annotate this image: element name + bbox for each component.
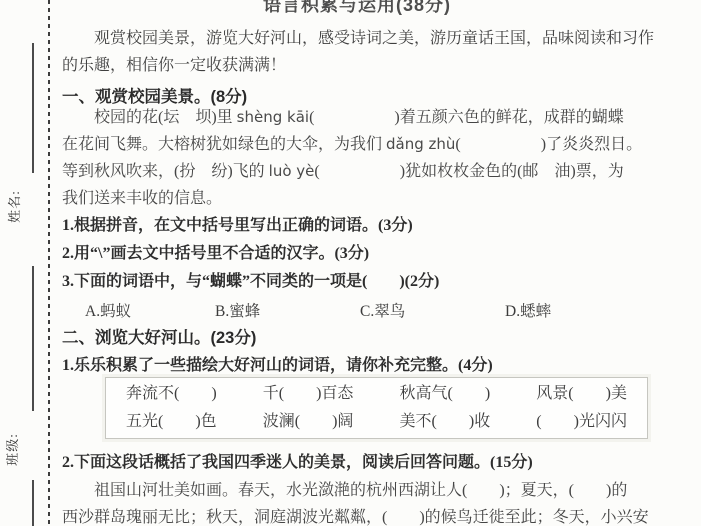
word-box-row: 五光( )色 波澜( )阔 美不( )收 ( )光闪闪 xyxy=(126,409,627,435)
word-item: 风景( )美 xyxy=(536,381,627,407)
passage-text: 等到秋风吹来，(扮 纷)飞的 xyxy=(62,163,269,180)
section2-heading: 二、浏览大好河山。(23分) xyxy=(62,327,696,349)
question-stem-2: 2.用“\”画去文中括号里不合适的汉字。(3分) xyxy=(62,243,696,265)
word-item: 奔流不( ) xyxy=(126,381,217,407)
option-d: D.蟋蟀 xyxy=(505,299,551,321)
word-item: ( )光闪闪 xyxy=(536,409,627,435)
exam-section-title: 语言积累与运用(38分) xyxy=(62,0,652,17)
passage-line: 在花间飞舞。大榕树犹如绿色的大伞，为我们 dǎng zhù( )了炎炎烈日。 xyxy=(62,131,696,158)
pinyin-text: luò yè xyxy=(269,162,315,180)
word-completion-box: 奔流不( ) 千( )百态 秋高气( ) 风景( )美 五光( )色 波澜( )… xyxy=(105,377,648,439)
word-item: 千( )百态 xyxy=(263,381,354,407)
word-item: 美不( )收 xyxy=(400,409,491,435)
exam-content: 语言积累与运用(38分) 观赏校园美景，游览大好河山，感受诗词之美，游历童话王国… xyxy=(62,0,696,526)
word-item: 波澜( )阔 xyxy=(263,409,354,435)
class-fill-line xyxy=(32,266,34,411)
intro-line: 观赏校园美景，游览大好河山，感受诗词之美，游历童话王国，品味阅读和习作 xyxy=(62,25,696,52)
passage-line: 祖国山河壮美如画。春天，水光潋滟的杭州西湖让人( )；夏天，( )的 xyxy=(62,477,696,504)
question-stem-1: 1.根据拼音，在文中括号里写出正确的词语。(3分) xyxy=(62,215,696,237)
passage-line: 西沙群岛瑰丽无比；秋天，洞庭湖波光粼粼，( )的候鸟迁徙至此；冬天，小兴安 xyxy=(62,504,696,526)
passage-text: 我们送来丰收的信息。 xyxy=(62,190,222,207)
word-box-row: 奔流不( ) 千( )百态 秋高气( ) 风景( )美 xyxy=(126,381,627,407)
exam-paper-page: 姓名: 班级: 语言积累与运用(38分) 观赏校园美景，游览大好河山，感受诗词之… xyxy=(0,0,701,526)
section1-passage: 校园的花(坛 坝)里 shèng kāi( )着五颜六色的鲜花，成群的蝴蝶 在花… xyxy=(62,104,696,212)
passage-text: 在花间飞舞。大榕树犹如绿色的大伞，为我们 xyxy=(62,136,386,153)
section2-question-2: 2.下面这段话概括了我国四季迷人的美景，阅读后回答问题。(15分) xyxy=(62,452,696,474)
word-item: 秋高气( ) xyxy=(400,381,491,407)
class-label: 班级: xyxy=(2,433,21,466)
intro-line: 的乐趣，相信你一定收获满满！ xyxy=(62,52,696,79)
pinyin-text: dǎng zhù xyxy=(386,135,455,153)
option-c: C.翠鸟 xyxy=(360,299,405,321)
option-b: B.蜜蜂 xyxy=(215,299,260,321)
intro-paragraph: 观赏校园美景，游览大好河山，感受诗词之美，游历童话王国，品味阅读和习作 的乐趣，… xyxy=(62,25,696,79)
passage-line: 等到秋风吹来，(扮 纷)飞的 luò yè( )犹如枚枚金色的(邮 油)票，为 xyxy=(62,158,696,185)
section2-passage: 祖国山河壮美如画。春天，水光潋滟的杭州西湖让人( )；夏天，( )的 西沙群岛瑰… xyxy=(62,477,696,526)
passage-text: ( )犹如枚枚金色的(邮 油)票，为 xyxy=(314,163,623,180)
question-stem-3: 3.下面的词语中，与“蝴蝶”不同类的一项是( )(2分) xyxy=(62,271,696,293)
section2-question-1: 1.乐乐积累了一些描绘大好河山的词语，请你补充完整。(4分) xyxy=(62,355,696,377)
word-item: 五光( )色 xyxy=(126,409,217,435)
name-label: 姓名: xyxy=(4,190,23,223)
choice-options-row: A.蚂蚁 B.蜜蜂 C.翠鸟 D.蟋蟀 xyxy=(62,299,696,321)
name-fill-line xyxy=(32,43,34,173)
passage-line: 我们送来丰收的信息。 xyxy=(62,185,696,212)
pinyin-text: shèng kāi xyxy=(237,108,309,126)
binding-dashed-line xyxy=(48,0,50,526)
extra-fill-line xyxy=(32,480,34,526)
passage-text: 校园的花(坛 坝)里 xyxy=(94,109,237,126)
passage-line: 校园的花(坛 坝)里 shèng kāi( )着五颜六色的鲜花，成群的蝴蝶 xyxy=(62,104,696,131)
passage-text: ( )了炎炎烈日。 xyxy=(455,136,642,153)
passage-text: ( )着五颜六色的鲜花，成群的蝴蝶 xyxy=(309,109,624,126)
option-a: A.蚂蚁 xyxy=(85,299,131,321)
